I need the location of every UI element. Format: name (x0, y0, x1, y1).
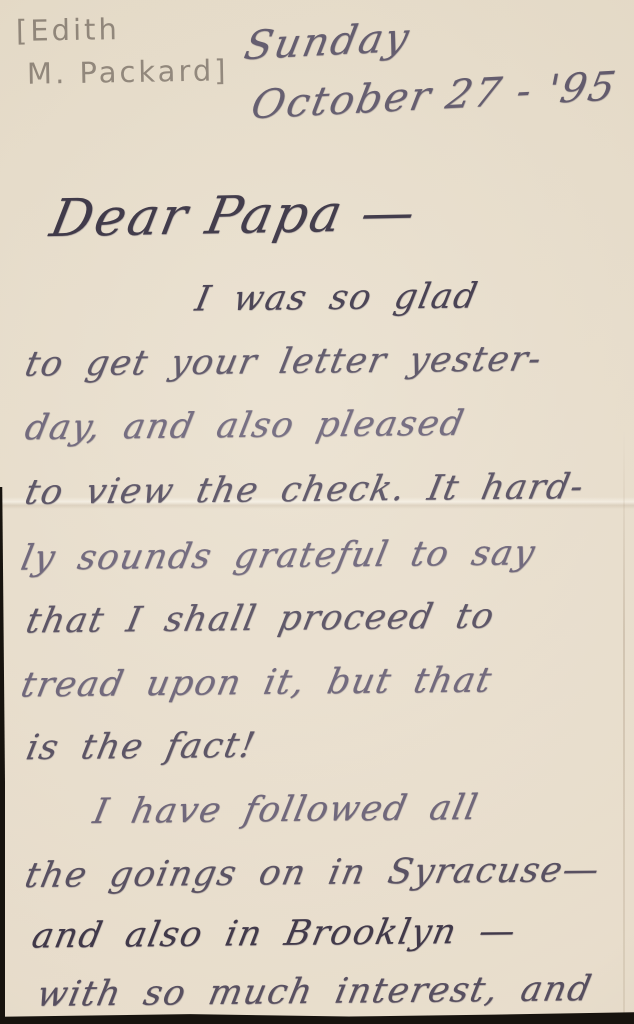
body-line: the goings on in Syracuse— (22, 853, 603, 894)
body-line: to get your letter yester- (22, 342, 545, 382)
body-line: I have followed all (90, 791, 481, 830)
body-line: with so much interest, and (34, 972, 595, 1013)
pencil-annotation-line2: M. Packard] (27, 56, 229, 89)
scan-edge-left (0, 487, 5, 1024)
body-line: tread upon it, but that (18, 664, 495, 704)
dateline-day: Sunday (241, 18, 414, 66)
body-line: ly sounds grateful to say (18, 536, 539, 576)
body-line: that I shall proceed to (23, 600, 498, 640)
body-line: to view the check. It hard- (22, 470, 588, 511)
body-line: I was so glad (192, 280, 481, 318)
body-line: and also in Brooklyn — (29, 914, 520, 954)
letter-page: [Edith M. Packard] Sunday October 27 - '… (0, 0, 634, 1024)
paper-edge-line (623, 430, 625, 1014)
pencil-annotation-line1: [Edith (16, 15, 120, 46)
dateline-date: October 27 - '95 (248, 67, 620, 126)
body-line: day, and also pleased (22, 407, 468, 447)
body-line: is the fact! (23, 729, 259, 766)
salutation: Dear Papa — (46, 187, 421, 245)
